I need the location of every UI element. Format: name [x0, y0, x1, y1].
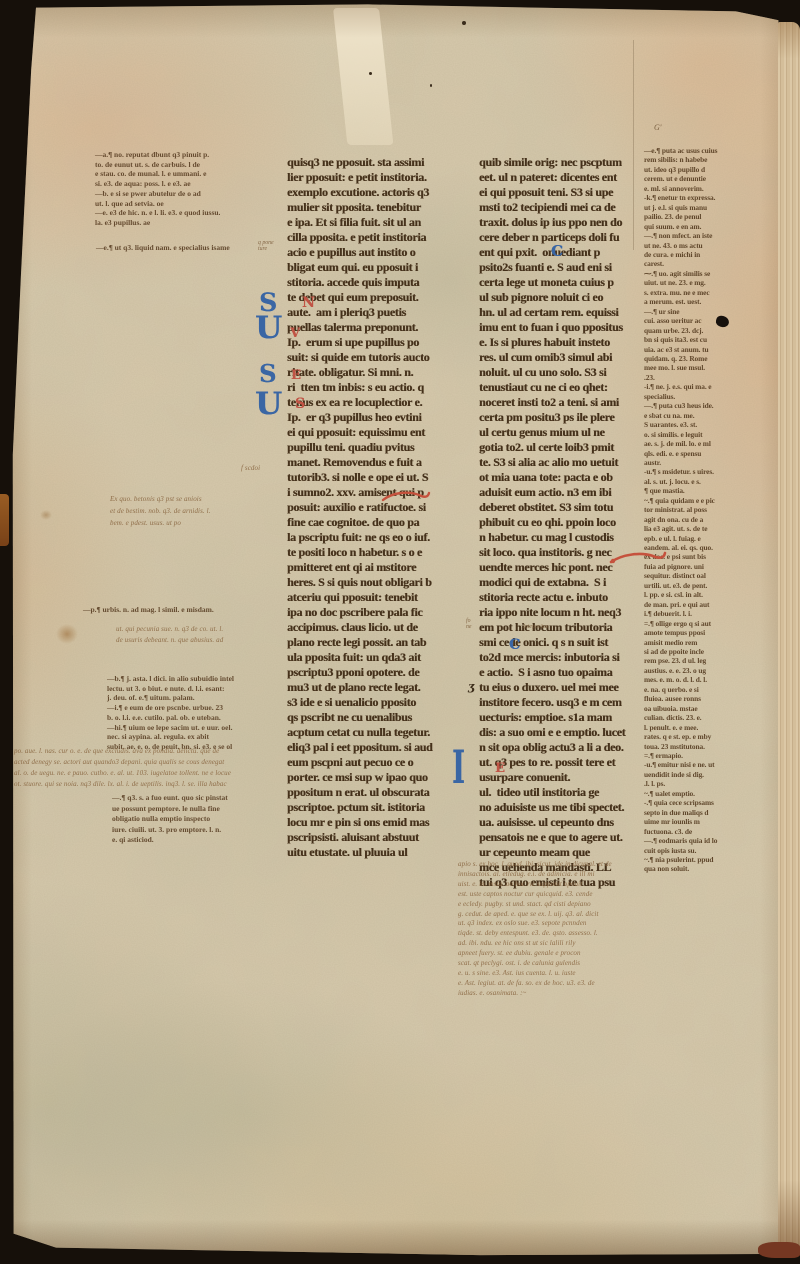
interlinear-note: Intepositus — [523, 624, 548, 630]
text-line: toua. 23 mstitutona. — [644, 742, 786, 751]
text-line: uecturis: emptioe. s1a mam — [479, 710, 669, 725]
ink-speck — [462, 21, 466, 25]
text-line: quam urbe. 23. dcj. — [644, 326, 786, 335]
text-line: po. aue. l. nas. cur o. e. de que exclud… — [14, 746, 306, 757]
text-line: e. Ast. legiut. at. de fa. so. ex de hoc… — [458, 979, 670, 989]
text-line: —.¶ puta cu3 heus ide. — [644, 401, 786, 410]
text-line: traxit. dolus ip ius ppo nen do — [479, 215, 669, 230]
stain-spot — [40, 510, 52, 520]
text-line: et de bestim. nob. q3. de arnidis. l. — [110, 505, 270, 517]
text-line: ut. qui pecunia sue. n. q3 de co. ut. l. — [116, 624, 291, 635]
text-line: pailio. 23. de penul — [644, 212, 786, 221]
text-line: locu mr e pin si ons emid mas — [287, 815, 469, 830]
text-line: uia. ac e3 st anum. tu — [644, 345, 786, 354]
text-line: res. ul cum omib3 simul abi — [479, 350, 669, 365]
section-mark: ʒ — [468, 681, 474, 692]
left-margin-gloss-block-4: —.¶ q3. s. a fuo eunt. quo sic pinstatue… — [112, 793, 292, 846]
text-line: e ecledy. pugby. st und. stact. qd cisti… — [458, 900, 670, 910]
text-line: .l. l. ps. — [644, 779, 786, 788]
text-line: l. pp. e si. csl. in alt. — [644, 590, 786, 599]
text-line: ue possunt pemptore. le nulla fine — [112, 804, 292, 815]
text-line: uitu etustate. ul pluuia ul — [287, 845, 469, 860]
text-line: o. si similis. e leguit — [644, 430, 786, 439]
catch-mark: G' — [654, 123, 662, 132]
text-line: obligatio nulla emptio inspecto — [112, 814, 292, 825]
text-line: apneet fuery. st. ee dubiu. genale e pro… — [458, 949, 670, 959]
red-initial-e2: E — [495, 762, 505, 775]
text-line: gotia to2. ul certe loib3 pmit — [479, 440, 669, 455]
text-line: heres. S si quis nout obligari b — [287, 575, 469, 590]
text-line: amote tempus pposi — [644, 628, 786, 637]
text-line: lier pposuit: e petit institoria. — [287, 170, 469, 185]
text-line: aduisit eum actio. n3 em ibi — [479, 485, 669, 500]
text-line: deberet obstitet. S3 sim totu — [479, 500, 669, 515]
text-line: ul certu genus mium ul ne — [479, 425, 669, 440]
text-line: j. deu. of. e.¶ uitum. palam. — [107, 693, 297, 703]
text-line: ent qui pxit. onuediant p — [479, 245, 669, 260]
text-line: tenus ex ea re locuplectior e. — [287, 395, 469, 410]
text-line: ritate. obligatur. Si mni. n. — [287, 365, 469, 380]
text-line: stitoria recte actu e. inbuto — [479, 590, 669, 605]
red-initial-s: S — [295, 397, 305, 411]
text-line: pscriptoe. pctum sit. istitoria — [287, 800, 469, 815]
text-line: imu ent to fuan i quo ppositus — [479, 320, 669, 335]
text-line: e actio. S i asno tuo opaima — [479, 665, 669, 680]
text-line: e. na. q uerbo. e si — [644, 685, 786, 694]
text-line: noceret insti to2 a teni. si ami — [479, 395, 669, 410]
blue-initial-i: I — [452, 744, 465, 790]
text-line: ula pposita fuit: un qda3 ait — [287, 650, 469, 665]
text-line: ot. stuore. qui se noia. nq3 dile. lx. a… — [14, 779, 306, 790]
text-line: atceriu qui pposuit: tenebit — [287, 590, 469, 605]
text-line: tiqde. st. deby entespunt. e3. de. qsto.… — [458, 929, 670, 939]
ink-speck — [369, 72, 372, 75]
text-line: iure. ciuili. ut. 3. pro emptore. l. n. — [112, 825, 292, 836]
text-line: specialius. — [644, 392, 786, 401]
text-line: de usuris debeant. n. que abusius. ad — [116, 635, 291, 646]
text-line: msti to2 tecipiendi mei ca de — [479, 200, 669, 215]
text-line: eum pscpni aut pecuo ce o — [287, 755, 469, 770]
text-line: psito2s fuanti e. S aud eni si — [479, 260, 669, 275]
text-line: la. e3 pupillus. ae — [95, 218, 285, 228]
text-line: mulier sit pposita. tenebitur — [287, 200, 469, 215]
text-line: rates. q e st. ep. e mby — [644, 732, 786, 741]
text-line: ut. q3 index. ex oslo sue. e3. sepote pc… — [458, 919, 670, 929]
text-line: agit dn ona. cu de a — [644, 515, 786, 524]
left-margin-cursive-note-2: ut. qui pecunia sue. n. q3 de co. ut. l.… — [116, 624, 291, 646]
text-line: qui suum. e en am. — [644, 222, 786, 231]
text-line: S uarantes. e3. st. — [644, 420, 786, 429]
text-line: acptum cetat cu nulla tegetur. — [287, 725, 469, 740]
text-line: scat. qt peclygi. ost. i. de calunia gul… — [458, 959, 670, 969]
text-line: ture — [258, 246, 292, 252]
left-margin-side-note: q poneture — [258, 240, 292, 253]
text-line: qs pscribt ne cu uenalibus — [287, 710, 469, 725]
text-line: sequitur. distinct oal — [644, 571, 786, 580]
text-line: e. qi asticiod. — [112, 835, 292, 846]
text-line: —.¶ ur sine — [644, 307, 786, 316]
text-line: uendidit inde si dig. — [644, 770, 786, 779]
text-line: de cura. e michi in — [644, 250, 786, 259]
text-line: e sbat cu na. me. — [644, 411, 786, 420]
blue-paraph-mark-2: C — [509, 638, 520, 652]
text-line: ria ippo nite locum n ht. neq3 — [479, 605, 669, 620]
text-line: cuit opis iusta su. — [644, 846, 786, 855]
text-line: certa lege ut moneta cuius p — [479, 275, 669, 290]
text-line: austius. e. e. 23. o ug — [644, 666, 786, 675]
text-line: mu3 ut de plano recte legat. — [287, 680, 469, 695]
text-line: uist. e. in. msta. ao hoc ric supponit o… — [458, 880, 670, 890]
ink-speck — [430, 84, 432, 87]
text-line: ut j. e.l. si quis manu — [644, 203, 786, 212]
text-line: ppositum n erat. ul obscurata — [287, 785, 469, 800]
text-line: cerem. ut e denuntie — [644, 174, 786, 183]
text-line: ~.¶ ualet emptio. — [644, 789, 786, 798]
text-line: phibuit cu eo qhi. ppoin loco — [479, 515, 669, 530]
text-line: te. S3 si alia ac alio mo uetuit — [479, 455, 669, 470]
text-line: eliq3 pal i eet ppositum. si aud — [287, 740, 469, 755]
stain-spot — [56, 624, 78, 644]
text-line: usurpare conuenit. — [479, 770, 669, 785]
text-line: exemplo excutione. actoris q3 — [287, 185, 469, 200]
text-line: Ip. er q3 pupillus heo evtini — [287, 410, 469, 425]
text-line: e. ml. si annoverim. — [644, 184, 786, 193]
lombardic-initial-blue-u2: U — [255, 389, 282, 420]
text-line: -.¶ quia cece scripsams — [644, 798, 786, 807]
text-line: mes. e. m. o. d. l. d. l. — [644, 675, 786, 684]
text-line: certa pm positu3 ps ile plere — [479, 410, 669, 425]
red-initial-v: V — [290, 327, 300, 340]
text-line: ot mia uana tote: pacta e ob — [479, 470, 669, 485]
text-line: iudias. e. osanimata. :~ — [458, 989, 670, 999]
main-text-column-1: quisq3 ne pposuit. sta assimilier pposui… — [287, 155, 469, 860]
text-line: porter. ce msi sup w ipao quo — [287, 770, 469, 785]
text-line: e. u. s sine. e3. Ast. ius cuenta. l. u.… — [458, 969, 670, 979]
text-line: amisit medio rem — [644, 638, 786, 647]
text-line: pensatois ne e que to agere ut. — [479, 830, 669, 845]
text-line: e stau. co. de munal. l. e ummani. e — [95, 169, 285, 179]
text-line: carest. — [644, 259, 786, 268]
text-line: pscriptu3 pponi opotere. de — [287, 665, 469, 680]
text-line: ad. ibi. ndu. ee hic ons st ut sic lalil… — [458, 939, 670, 949]
text-line: s. extra. mu. ne e mec — [644, 288, 786, 297]
text-line: s3 ide e si uenalicio pposito — [287, 695, 469, 710]
text-line: ut ne. 43. o ms actu — [644, 241, 786, 250]
text-line: bligat eum qui. eu pposuit i — [287, 260, 469, 275]
text-line: -u.¶ s msidetur. s uires. — [644, 467, 786, 476]
text-line: —e.¶ puta ac usus cuius — [644, 146, 786, 155]
text-line: si. e3. de aqua: poss. l. e e3. ae — [95, 179, 285, 189]
text-line: ul. tideo util institoria ge — [479, 785, 669, 800]
text-line: ¶ que mastia. — [644, 486, 786, 495]
text-line: posuit: auxilio e ratifuctoe. si — [287, 500, 469, 515]
text-line: modici qui de extabna. S i — [479, 575, 669, 590]
text-line: g. cedut. de aped. e. que se ex. l. uij.… — [458, 910, 670, 920]
text-line: epb. e ul. l. fuiag. e — [644, 534, 786, 543]
left-margin-ref-line-2: —p.¶ urbis. n. ad mag. l simil. e misdam… — [83, 605, 283, 615]
binding-corner — [758, 1242, 800, 1258]
text-line: —b. e si se pwer abutelur de o ad — [95, 189, 285, 199]
text-line: pscripsisti. aluisant abstuut — [287, 830, 469, 845]
text-line: manet. Removendus e fuit a — [287, 455, 469, 470]
text-line: lia e3 agit. ut. s. de te — [644, 524, 786, 533]
text-line: n sit opa oblig actu3 a li a deo. — [479, 740, 669, 755]
intercolumn-tiny-note: fone — [466, 618, 471, 631]
red-initial-n: N — [302, 296, 315, 310]
text-line: al. s. ut. j. locu. e s. — [644, 477, 786, 486]
text-line: ua. auisisse. ul cepeunto dns — [479, 815, 669, 830]
text-line: n habetur. cu mag l custodis — [479, 530, 669, 545]
text-line: to. de eunut ut. s. de carbuis. l de — [95, 160, 285, 170]
text-line: rem sibilis: n habebe — [644, 155, 786, 164]
text-line: culian. dictis. 23. e. — [644, 713, 786, 722]
left-margin-scdo-note: f scdoi — [241, 464, 291, 474]
text-line: =.¶ ermapio. — [644, 751, 786, 760]
text-line: -k.¶ enetur tn expressa. — [644, 193, 786, 202]
text-line: Ip. erum si upe pupillus po — [287, 335, 469, 350]
text-line: noluit. ul cu uno solo. S3 si — [479, 365, 669, 380]
left-margin-wide-cursive: po. aue. l. nas. cur o. e. de que exclud… — [14, 746, 306, 790]
text-line: em pot hic locum tributoria — [479, 620, 669, 635]
text-line: austr. — [644, 458, 786, 467]
text-line: l. penult. e. e mee. — [644, 723, 786, 732]
text-line: ul sub pignore noluit ci eo — [479, 290, 669, 305]
lombardic-initial-blue-u1: U — [255, 313, 282, 344]
text-line: to2d mce mercis: inbutoria si — [479, 650, 669, 665]
text-line: acio e pupillus aut instito o — [287, 245, 469, 260]
text-line: fine cae cognitoe. de quo pa — [287, 515, 469, 530]
text-line: quidam. q. 23. Rome — [644, 354, 786, 363]
text-line: al. o. de uegu. ne. e pauo. cutho. e. al… — [14, 768, 306, 779]
text-line: Ex quo. betonis q3 pst se aniois — [110, 493, 270, 505]
red-initial-e1: E — [291, 369, 301, 382]
text-line: —.¶ q3. s. a fuo eunt. quo sic pinstat — [112, 793, 292, 804]
text-line: hn. ul ad certam rem. equissi — [479, 305, 669, 320]
text-line: apio s. ex hoc. l. quod. ibi. sicut. ide… — [458, 860, 670, 870]
text-line: i.¶ debuerit. l. i. — [644, 609, 786, 618]
text-line: eet. ul n pateret: dicentes ent — [479, 170, 669, 185]
binding-edge-sliver — [0, 494, 9, 546]
left-margin-cursive-note-1: Ex quo. betonis q3 pst se anioiset de be… — [110, 493, 270, 529]
text-line: —hi.¶ uium oe lepe sacim ut. e uur. oel. — [107, 723, 297, 733]
text-line: oa uibuoia. mstae — [644, 704, 786, 713]
text-line: =.¶ ollige ergo q si aut — [644, 619, 786, 628]
text-line: ri tten tm inbis: s eu actio. q — [287, 380, 469, 395]
text-line: est. uste captos noctur cur quicquid. e3… — [458, 890, 670, 900]
text-line: -i.¶ ne. j. e.s. qui ma. e — [644, 382, 786, 391]
text-line: —.¶ eodmaris quia id lo — [644, 836, 786, 845]
text-line: ut. ideo q3 pupillo d — [644, 165, 786, 174]
text-line: tutorib3. si nolle e ope ei ut. S — [287, 470, 469, 485]
text-line: bem. e pdest. usus. ut po — [110, 517, 270, 529]
text-line: qls. edi. e. e spensu — [644, 449, 786, 458]
text-line: dis: a suo omi e e emptio. lucet — [479, 725, 669, 740]
text-line: quisq3 ne pposuit. sta assimi — [287, 155, 469, 170]
blue-paraph-mark-1: C — [551, 244, 563, 259]
text-line: i sumno2. xxv. amisent qui p — [287, 485, 469, 500]
text-line: .23. — [644, 373, 786, 382]
main-text-column-2: quib simile orig: nec pscptumeet. ul n p… — [479, 155, 669, 890]
red-flourish-icon — [609, 551, 667, 569]
text-line: ei qui pposuit: equissimu ent — [287, 425, 469, 440]
text-line: tenustiaut cu ne ci eo qhet: — [479, 380, 669, 395]
text-line: smi cede onici. q s n suit ist — [479, 635, 669, 650]
text-line: —i.¶ e eum de ore pscnbe. urbue. 23 — [107, 703, 297, 713]
text-line: te positi loco n habetur. s o e — [287, 545, 469, 560]
text-line: —a.¶ no. reputat dbunt q3 pinuit p. — [95, 150, 285, 160]
left-margin-gloss-block-3: —b.¶ j. asta. l dici. in alio subuidio i… — [107, 674, 297, 752]
text-line: pupillu teni. quadiu pvitus — [287, 440, 469, 455]
text-line: no aduisiste us me tibi spectet. — [479, 800, 669, 815]
text-line: ur cepeunto meam que — [479, 845, 669, 860]
text-line: puellas talerma preponunt. — [287, 320, 469, 335]
text-line: e ipa. Et si filia fuit. sit ul an — [287, 215, 469, 230]
text-line: urtili. ut. e3. de pent. — [644, 581, 786, 590]
text-line: acted denegy se. actori aut quando3 depa… — [14, 757, 306, 768]
text-line: innisactois. al. etledug. e.i. de adinic… — [458, 870, 670, 880]
text-line: ut. l. que ad setvia. oe — [95, 199, 285, 209]
text-line: bn si quis ita3. est cu — [644, 335, 786, 344]
text-line: uiut. ut ne. 23. e mg. — [644, 278, 786, 287]
text-line: tor ministrat. al poss — [644, 505, 786, 514]
text-line: —e. e3 de hic. n. e l. li. e3. e quod iu… — [95, 208, 285, 218]
text-line: ae. s. j. de mil. lo. e ml — [644, 439, 786, 448]
text-line: a merum. est. uest. — [644, 297, 786, 306]
lombardic-initial-blue-s2: S — [259, 362, 276, 386]
text-line: b. o. l.i. e.e. cutilo. pal. ob. e uteba… — [107, 713, 297, 723]
text-line: fuctuona. c3. de — [644, 827, 786, 836]
text-line: -u.¶ emitur nisi e ne. ut — [644, 760, 786, 769]
text-line: tu eius o duxero. uel mei mee — [479, 680, 669, 695]
right-margin-gloss: —e.¶ puta ac usus cuiusrem sibilis: n ha… — [644, 146, 786, 874]
text-line: stitoria. accede quis imputa — [287, 275, 469, 290]
text-line: septo in due maliqs d — [644, 808, 786, 817]
text-line: la pscriptu fuit: ne qs eo o iuf. — [287, 530, 469, 545]
text-line: ei qui pposuit teni. S3 si upe — [479, 185, 669, 200]
text-line: mee mo. l. sue msul. — [644, 363, 786, 372]
text-line: de man. pri. e qui aut — [644, 600, 786, 609]
left-margin-gloss-top: —a.¶ no. reputat dbunt q3 pinuit p.to. d… — [95, 150, 285, 228]
bottom-cursive-annotation: apio s. ex hoc. l. quod. ibi. sicut. ide… — [458, 860, 670, 999]
text-line: institore fecero. usq3 e m cem — [479, 695, 669, 710]
text-line: —b.¶ j. asta. l dici. in alio subuidio i… — [107, 674, 297, 684]
text-line: rem pse. 23. d ul. leg — [644, 656, 786, 665]
text-line: si ad de ppoite incle — [644, 647, 786, 656]
text-line: suit: si quide em tutoris aucto — [287, 350, 469, 365]
text-line: —.¶ non mfect. an iste — [644, 231, 786, 240]
text-line: ut. q3 pes to re. possit tere et — [479, 755, 669, 770]
text-line: accipimus. claus licio. ut de — [287, 620, 469, 635]
text-line: cere deber n particeps doli fu — [479, 230, 669, 245]
text-line: plano recte legi possit. an tab — [287, 635, 469, 650]
text-line: nec. si aypina. al. regula. ex abit — [107, 732, 297, 742]
red-flourish-icon — [381, 489, 431, 507]
text-line: fluioa. ausee ronns — [644, 694, 786, 703]
text-line: cilla pposita. e petit institoria — [287, 230, 469, 245]
text-line: pmitteret ent qi ai mstitore — [287, 560, 469, 575]
text-line: ~.¶ quia quidam e e pic — [644, 496, 786, 505]
text-line: e. Is si plures habuit insteto — [479, 335, 669, 350]
text-line: quib simile orig: nec pscptum — [479, 155, 669, 170]
manuscript-photo: quisq3 ne pposuit. sta assimilier pposui… — [0, 0, 800, 1264]
text-line: ipa no doc pscribere pala fic — [287, 605, 469, 620]
text-line: ne — [466, 624, 471, 630]
text-line: lectu. ut 3. o biut. e nute. d. l.i. esa… — [107, 684, 297, 694]
text-line: ⁓.¶ uo. agit similis se — [644, 269, 786, 278]
text-line: uime mr iounlis m — [644, 817, 786, 826]
